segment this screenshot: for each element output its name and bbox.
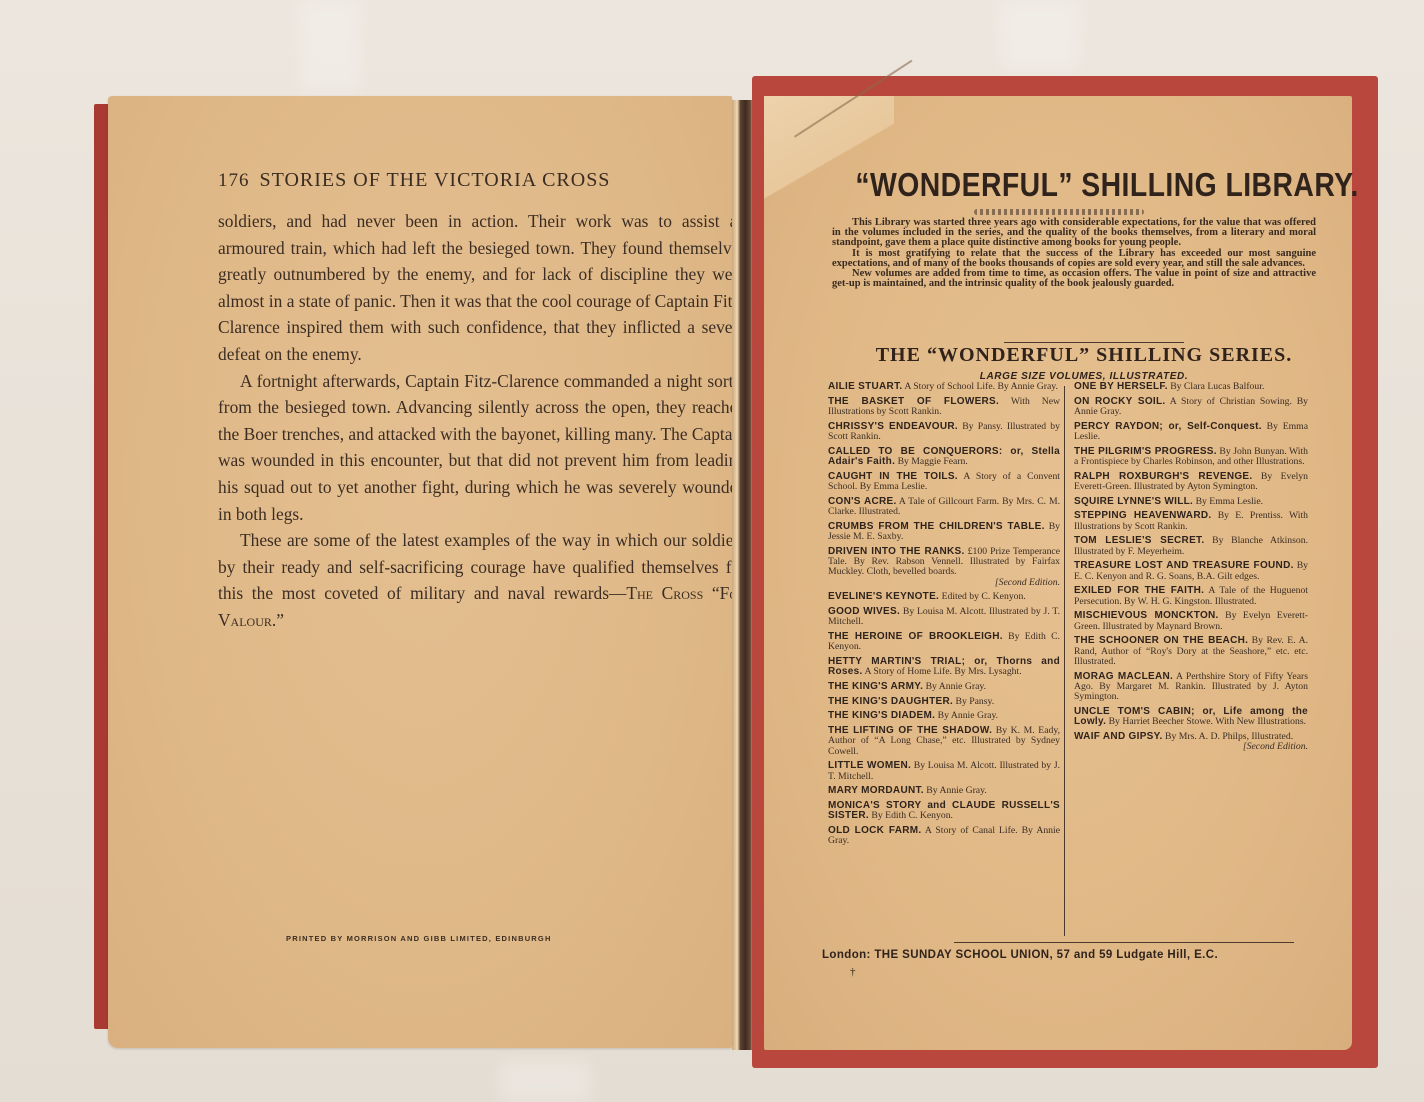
- running-head-title: STORIES OF THE VICTORIA CROSS: [260, 169, 611, 191]
- running-head: 176STORIES OF THE VICTORIA CROSS: [218, 169, 738, 192]
- book-desc: By Harriet Beecher Stowe. With New Illus…: [1109, 716, 1306, 727]
- book-title: EVELINE'S KEYNOTE.: [828, 591, 939, 602]
- book-entry: MONICA'S STORY and CLAUDE RUSSELL'S SIST…: [828, 801, 1060, 822]
- book-entry: EXILED FOR THE FAITH. A Tale of the Hugu…: [1074, 586, 1308, 607]
- book-entry: CRUMBS FROM THE CHILDREN'S TABLE. By Jes…: [828, 522, 1060, 543]
- series-title: THE “WONDERFUL” SHILLING SERIES.: [819, 344, 1349, 367]
- paragraph: soldiers, and had never been in action. …: [218, 208, 746, 368]
- paragraph: These are some of the latest examples of…: [218, 527, 746, 633]
- book-entry: THE LIFTING OF THE SHADOW. By K. M. Eady…: [828, 726, 1060, 757]
- horizontal-rule: [1004, 342, 1184, 343]
- body-text: soldiers, and had never been in action. …: [218, 208, 746, 634]
- book-entry: GOOD WIVES. By Louisa M. Alcott. Illustr…: [828, 607, 1060, 628]
- book-list-right: ONE BY HERSELF. By Clara Lucas Balfour. …: [1074, 382, 1308, 757]
- dagger-mark: †: [850, 966, 856, 978]
- wavy-rule: [974, 209, 1144, 215]
- book-title: CON'S ACRE.: [828, 496, 897, 507]
- book-entry: TOM LESLIE'S SECRET. By Blanche Atkinson…: [1074, 536, 1308, 557]
- book-entry: THE BASKET OF FLOWERS. With New Illustra…: [828, 397, 1060, 418]
- book-entry: THE HEROINE OF BROOKLEIGH. By Edith C. K…: [828, 632, 1060, 653]
- book-entry: DRIVEN INTO THE RANKS. £100 Prize Temper…: [828, 547, 1060, 589]
- book-title: WAIF AND GIPSY.: [1074, 731, 1163, 742]
- book-desc: By Annie Gray.: [938, 710, 998, 721]
- page-number: 176: [218, 170, 250, 191]
- book-desc: By Edith C. Kenyon.: [871, 810, 953, 821]
- book-title: DRIVEN INTO THE RANKS.: [828, 546, 965, 557]
- book-title: THE KING'S DIADEM.: [828, 710, 935, 721]
- book-entry: CAUGHT IN THE TOILS. A Story of a Conven…: [828, 472, 1060, 493]
- book-title: OLD LOCK FARM.: [828, 825, 921, 836]
- column-divider: [1064, 386, 1065, 936]
- book-title: LITTLE WOMEN.: [828, 760, 911, 771]
- cloth-fold: [300, 0, 360, 90]
- book-desc: By Mrs. A. D. Philps, Illustrated.: [1165, 731, 1293, 742]
- book-title: AILIE STUART.: [828, 381, 902, 392]
- book-entry: CHRISSY'S ENDEAVOUR. By Pansy. Illustrat…: [828, 422, 1060, 443]
- book-desc: By Emma Leslie.: [1196, 496, 1264, 507]
- book-entry: UNCLE TOM'S CABIN; or, Life among the Lo…: [1074, 707, 1308, 728]
- book-title: TOM LESLIE'S SECRET.: [1074, 535, 1204, 546]
- book-entry: THE KING'S DIADEM. By Annie Gray.: [828, 711, 1060, 721]
- book-entry: HETTY MARTIN'S TRIAL; or, Thorns and Ros…: [828, 657, 1060, 678]
- book-title: THE HEROINE OF BROOKLEIGH.: [828, 631, 1003, 642]
- book-title: THE PILGRIM'S PROGRESS.: [1074, 446, 1217, 457]
- book-title: THE KING'S DAUGHTER.: [828, 696, 953, 707]
- advert-title: “WONDERFUL” SHILLING LIBRARY.: [855, 166, 1302, 204]
- horizontal-rule: [954, 942, 1294, 943]
- edition-note: [Second Edition.: [828, 578, 1060, 588]
- book-title: THE KING'S ARMY.: [828, 681, 923, 692]
- book-entry: ON ROCKY SOIL. A Story of Christian Sowi…: [1074, 397, 1308, 418]
- book-title: THE BASKET OF FLOWERS.: [828, 396, 999, 407]
- book-entry: THE SCHOONER ON THE BEACH. By Rev. E. A.…: [1074, 636, 1308, 667]
- edition-note: [Second Edition.: [1074, 742, 1308, 752]
- book-title: TREASURE LOST AND TREASURE FOUND.: [1074, 560, 1294, 571]
- book-desc: A Story of School Life. By Annie Gray.: [904, 381, 1058, 392]
- book-title: ONE BY HERSELF.: [1074, 381, 1168, 392]
- paragraph: A fortnight afterwards, Captain Fitz-Cla…: [218, 368, 746, 528]
- book-title: CHRISSY'S ENDEAVOUR.: [828, 421, 958, 432]
- book-title: SQUIRE LYNNE'S WILL.: [1074, 496, 1193, 507]
- advert-intro: This Library was started three years ago…: [832, 218, 1316, 289]
- book-title: GOOD WIVES.: [828, 606, 900, 617]
- book-desc: By Pansy.: [955, 696, 994, 707]
- book-title: STEPPING HEAVENWARD.: [1074, 510, 1211, 521]
- left-page: 176STORIES OF THE VICTORIA CROSS soldier…: [108, 96, 732, 1048]
- book-entry: SQUIRE LYNNE'S WILL. By Emma Leslie.: [1074, 497, 1308, 507]
- book-entry: MISCHIEVOUS MONCKTON. By Evelyn Everett-…: [1074, 611, 1308, 632]
- book-entry: EVELINE'S KEYNOTE. Edited by C. Kenyon.: [828, 592, 1060, 602]
- book-title: RALPH ROXBURGH'S REVENGE.: [1074, 471, 1252, 482]
- book-entry: WAIF AND GIPSY. By Mrs. A. D. Philps, Il…: [1074, 732, 1308, 753]
- book-title: MARY MORDAUNT.: [828, 785, 924, 796]
- book-desc: Edited by C. Kenyon.: [942, 591, 1026, 602]
- intro-paragraph: It is most gratifying to relate that the…: [832, 249, 1316, 269]
- right-endpaper: “WONDERFUL” SHILLING LIBRARY. This Libra…: [764, 96, 1352, 1050]
- book-entry: TREASURE LOST AND TREASURE FOUND. By E. …: [1074, 561, 1308, 582]
- book-title: THE SCHOONER ON THE BEACH.: [1074, 635, 1248, 646]
- book-entry: PERCY RAYDON; or, Self-Conquest. By Emma…: [1074, 422, 1308, 443]
- book-desc: By Annie Gray.: [926, 681, 986, 692]
- book-desc: By Clara Lucas Balfour.: [1170, 381, 1264, 392]
- book-list-left: AILIE STUART. A Story of School Life. By…: [828, 382, 1060, 851]
- publisher-line: London: THE SUNDAY SCHOOL UNION, 57 and …: [822, 949, 1362, 961]
- book-title: THE LIFTING OF THE SHADOW.: [828, 725, 992, 736]
- book-entry: OLD LOCK FARM. A Story of Canal Life. By…: [828, 826, 1060, 847]
- book-title: CRUMBS FROM THE CHILDREN'S TABLE.: [828, 521, 1045, 532]
- book-entry: CALLED TO BE CONQUERORS: or, Stella Adai…: [828, 447, 1060, 468]
- book-entry: THE PILGRIM'S PROGRESS. By John Bunyan. …: [1074, 447, 1308, 468]
- book-title: MORAG MACLEAN.: [1074, 671, 1173, 682]
- book-entry: MARY MORDAUNT. By Annie Gray.: [828, 786, 1060, 796]
- printer-imprint: PRINTED BY MORRISON AND GIBB LIMITED, ED…: [286, 934, 586, 943]
- book-entry: AILIE STUART. A Story of School Life. By…: [828, 382, 1060, 392]
- book-entry: MORAG MACLEAN. A Perthshire Story of Fif…: [1074, 672, 1308, 703]
- intro-paragraph: This Library was started three years ago…: [832, 218, 1316, 249]
- book-title: ON ROCKY SOIL.: [1074, 396, 1166, 407]
- book-entry: RALPH ROXBURGH'S REVENGE. By Evelyn Ever…: [1074, 472, 1308, 493]
- book-title: PERCY RAYDON; or, Self-Conquest.: [1074, 421, 1262, 432]
- cloth-fold: [500, 1060, 590, 1102]
- book-entry: CON'S ACRE. A Tale of Gillcourt Farm. By…: [828, 497, 1060, 518]
- book-desc: By Annie Gray.: [926, 785, 986, 796]
- book-title: EXILED FOR THE FAITH.: [1074, 585, 1204, 596]
- book-desc: By Maggie Fearn.: [898, 456, 968, 467]
- book-entry: LITTLE WOMEN. By Louisa M. Alcott. Illus…: [828, 761, 1060, 782]
- intro-paragraph: New volumes are added from time to time,…: [832, 269, 1316, 289]
- cloth-fold: [1000, 0, 1080, 70]
- book-title: CAUGHT IN THE TOILS.: [828, 471, 958, 482]
- book-title: MISCHIEVOUS MONCKTON.: [1074, 610, 1219, 621]
- book-desc: A Story of Home Life. By Mrs. Lysaght.: [864, 666, 1021, 677]
- book-entry: STEPPING HEAVENWARD. By E. Prentiss. Wit…: [1074, 511, 1308, 532]
- book-entry: THE KING'S DAUGHTER. By Pansy.: [828, 697, 1060, 707]
- book-entry: ONE BY HERSELF. By Clara Lucas Balfour.: [1074, 382, 1308, 392]
- book-entry: THE KING'S ARMY. By Annie Gray.: [828, 682, 1060, 692]
